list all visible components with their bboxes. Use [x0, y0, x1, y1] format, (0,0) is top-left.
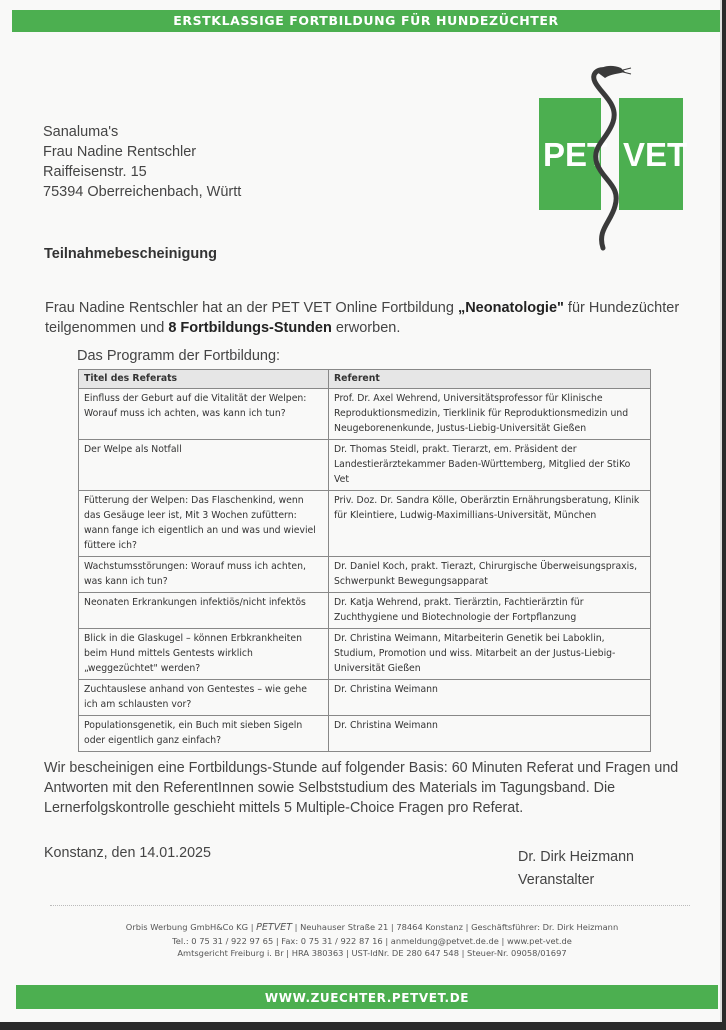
- lecture-speaker: Dr. Christina Weimann: [329, 680, 651, 716]
- table-header-row: Titel des Referats Referent: [79, 370, 651, 389]
- header-banner: ERSTKLASSIGE FORTBILDUNG FÜR HUNDEZÜCHTE…: [12, 10, 720, 32]
- lecture-speaker: Dr. Christina Weimann, Mitarbeiterin Gen…: [329, 629, 651, 680]
- lecture-speaker: Priv. Doz. Dr. Sandra Kölle, Oberärztin …: [329, 491, 651, 557]
- recipient-street: Raiffeisenstr. 15: [43, 162, 241, 182]
- table-row: Fütterung der Welpen: Das Flaschenkind, …: [79, 491, 651, 557]
- svg-text:VET: VET: [623, 136, 687, 173]
- place-date: Konstanz, den 14.01.2025: [44, 845, 211, 861]
- table-row: Der Welpe als NotfallDr. Thomas Steidl, …: [79, 440, 651, 491]
- basis-paragraph: Wir bescheinigen eine Fortbildungs-Stund…: [44, 758, 719, 818]
- company-footer: Orbis Werbung GmbH&Co KG | PETVET | Neuh…: [62, 921, 682, 960]
- hours-earned: 8 Fortbildungs-Stunden: [168, 320, 332, 336]
- table-row: Zuchtauslese anhand von Gentestes – wie …: [79, 680, 651, 716]
- petvet-logo: PET VET: [535, 60, 690, 260]
- lecture-title: Wachstumsstörungen: Worauf muss ich acht…: [79, 557, 329, 593]
- certificate-page: ERSTKLASSIGE FORTBILDUNG FÜR HUNDEZÜCHTE…: [0, 0, 722, 1022]
- table-row: Wachstumsstörungen: Worauf muss ich acht…: [79, 557, 651, 593]
- intro-text: Frau Nadine Rentschler hat an der PET VE…: [45, 300, 458, 316]
- recipient-name: Frau Nadine Rentschler: [43, 142, 241, 162]
- footer-address: Neuhauser Straße 21 | 78464 Konstanz | G…: [300, 922, 618, 932]
- footer-divider: [50, 905, 690, 906]
- lecture-speaker: Dr. Thomas Steidl, prakt. Tierarzt, em. …: [329, 440, 651, 491]
- lecture-title: Neonaten Erkrankungen infektiös/nicht in…: [79, 593, 329, 629]
- lecture-title: Populationsgenetik, ein Buch mit sieben …: [79, 716, 329, 752]
- table-row: Blick in die Glaskugel – können Erbkrank…: [79, 629, 651, 680]
- document-title: Teilnahmebescheinigung: [44, 246, 217, 262]
- lecture-title: Fütterung der Welpen: Das Flaschenkind, …: [79, 491, 329, 557]
- lecture-title: Einfluss der Geburt auf die Vitalität de…: [79, 389, 329, 440]
- lecture-title: Zuchtauslese anhand von Gentestes – wie …: [79, 680, 329, 716]
- signature-block: Dr. Dirk Heizmann Veranstalter: [518, 846, 634, 892]
- table-row: Populationsgenetik, ein Buch mit sieben …: [79, 716, 651, 752]
- website-banner: WWW.ZUECHTER.PETVET.DE: [16, 985, 718, 1009]
- course-name: „Neonatologie": [458, 300, 564, 316]
- footer-line-2: Tel.: 0 75 31 / 922 97 65 | Fax: 0 75 31…: [62, 935, 682, 948]
- recipient-address: Sanaluma's Frau Nadine Rentschler Raiffe…: [43, 122, 241, 202]
- lecture-title: Der Welpe als Notfall: [79, 440, 329, 491]
- signer-role: Veranstalter: [518, 869, 634, 892]
- lecture-speaker: Dr. Katja Wehrend, prakt. Tierärztin, Fa…: [329, 593, 651, 629]
- table-row: Einfluss der Geburt auf die Vitalität de…: [79, 389, 651, 440]
- lecture-speaker: Dr. Christina Weimann: [329, 716, 651, 752]
- recipient-company: Sanaluma's: [43, 122, 241, 142]
- snake-staff-icon: PET VET: [535, 60, 690, 260]
- signer-name: Dr. Dirk Heizmann: [518, 846, 634, 869]
- table-row: Neonaten Erkrankungen infektiös/nicht in…: [79, 593, 651, 629]
- column-header-title: Titel des Referats: [79, 370, 329, 389]
- recipient-city: 75394 Oberreichenbach, Württ: [43, 182, 241, 202]
- footer-line-1: Orbis Werbung GmbH&Co KG | PETVET | Neuh…: [62, 921, 682, 935]
- intro-paragraph: Frau Nadine Rentschler hat an der PET VE…: [45, 298, 715, 338]
- program-table: Titel des Referats Referent Einfluss der…: [78, 369, 651, 752]
- lecture-title: Blick in die Glaskugel – können Erbkrank…: [79, 629, 329, 680]
- program-label: Das Programm der Fortbildung:: [77, 348, 280, 364]
- lecture-speaker: Dr. Daniel Koch, prakt. Tierazt, Chirurg…: [329, 557, 651, 593]
- lecture-speaker: Prof. Dr. Axel Wehrend, Universitätsprof…: [329, 389, 651, 440]
- column-header-speaker: Referent: [329, 370, 651, 389]
- intro-text: erworben.: [332, 320, 401, 336]
- footer-line-3: Amtsgericht Freiburg i. Br | HRA 380363 …: [62, 947, 682, 960]
- footer-brand: PETVET: [256, 922, 292, 933]
- footer-company: Orbis Werbung GmbH&Co KG: [126, 922, 248, 932]
